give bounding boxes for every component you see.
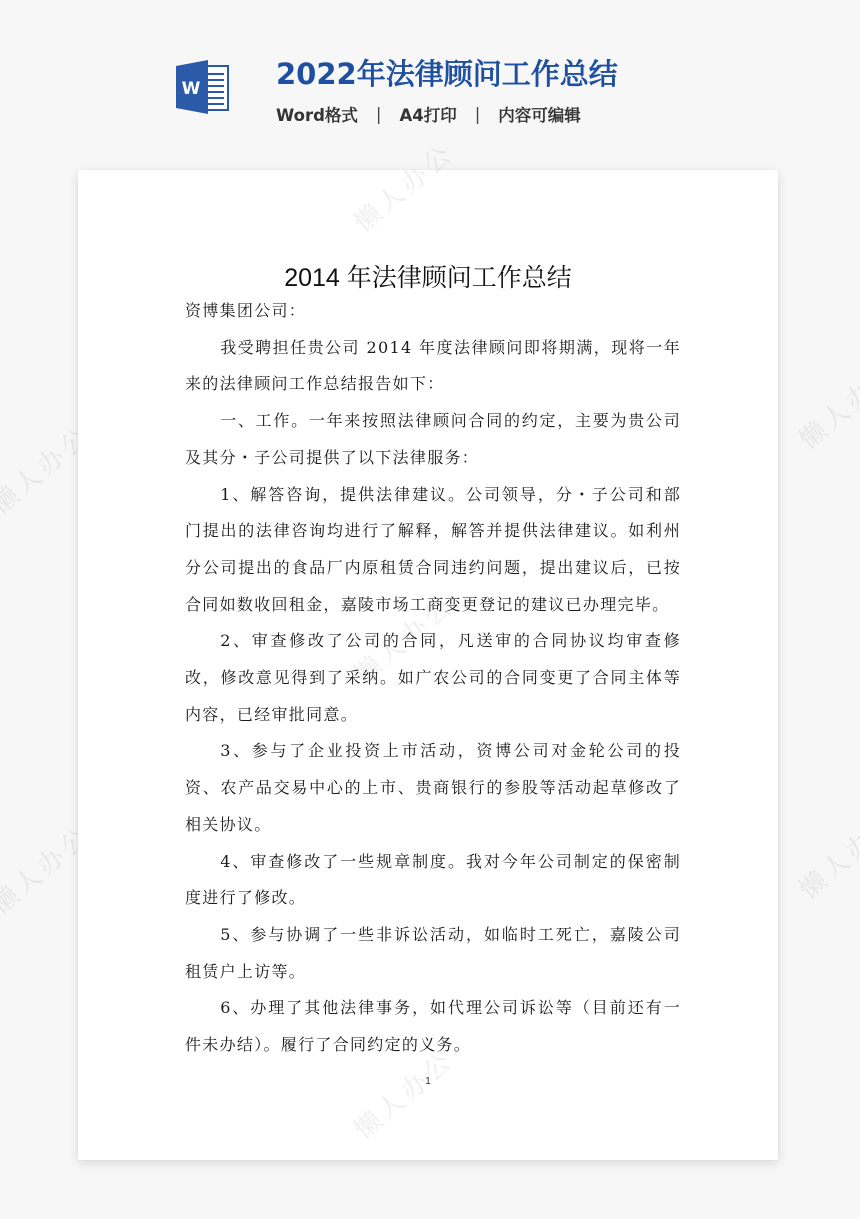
paragraph-item-3: 3、参与了企业投资上市活动，资博公司对金轮公司的投资、农产品交易中心的上市、贵商… [185, 733, 681, 843]
feature-word-format: Word格式 [276, 102, 358, 126]
watermark: 懒人办公 [790, 351, 860, 456]
salutation: 资博集团公司： [185, 293, 681, 330]
feature-editable: 内容可编辑 [498, 102, 581, 126]
svg-text:W: W [182, 79, 201, 99]
separator: | [376, 105, 382, 124]
watermark: 懒人办公 [790, 801, 860, 906]
separator: | [475, 105, 481, 124]
document-title: 2014 年法律顾问工作总结 [78, 258, 778, 294]
page-number: 1 [78, 1076, 778, 1087]
document-body: 资博集团公司： 我受聘担任贵公司 2014 年度法律顾问即将期满，现将一年来的法… [185, 293, 681, 1064]
paragraph-item-5: 5、参与协调了一些非诉讼活动，如临时工死亡，嘉陵公司租赁户上访等。 [185, 917, 681, 990]
feature-list: Word格式 | A4打印 | 内容可编辑 [276, 102, 581, 126]
document-page: 懒人办公 懒人办公 懒人办公 懒人办公 懒人办公 2014 年法律顾问工作总结 … [78, 170, 778, 1160]
paragraph-item-1: 1、解答咨询，提供法律建议。公司领导，分・子公司和部门提出的法律咨询均进行了解释… [185, 477, 681, 624]
word-document-icon: W [176, 60, 230, 114]
paragraph-item-6: 6、办理了其他法律事务，如代理公司诉讼等（目前还有一件未办结）。履行了合同约定的… [185, 990, 681, 1063]
header-title: 2022年法律顾问工作总结 [276, 52, 618, 93]
paragraph-item-4: 4、审查修改了一些规章制度。我对今年公司制定的保密制度进行了修改。 [185, 844, 681, 917]
paragraph-intro: 我受聘担任贵公司 2014 年度法律顾问即将期满，现将一年来的法律顾问工作总结报… [185, 330, 681, 403]
paragraph-section-1: 一、工作。一年来按照法律顾问合同的约定，主要为贵公司及其分・子公司提供了以下法律… [185, 403, 681, 476]
paragraph-item-2: 2、审查修改了公司的合同，凡送审的合同协议均审查修改，修改意见得到了采纳。如广农… [185, 623, 681, 733]
header: W 2022年法律顾问工作总结 Word格式 | A4打印 | 内容可编辑 [0, 0, 860, 160]
feature-a4-print: A4打印 [399, 102, 456, 126]
